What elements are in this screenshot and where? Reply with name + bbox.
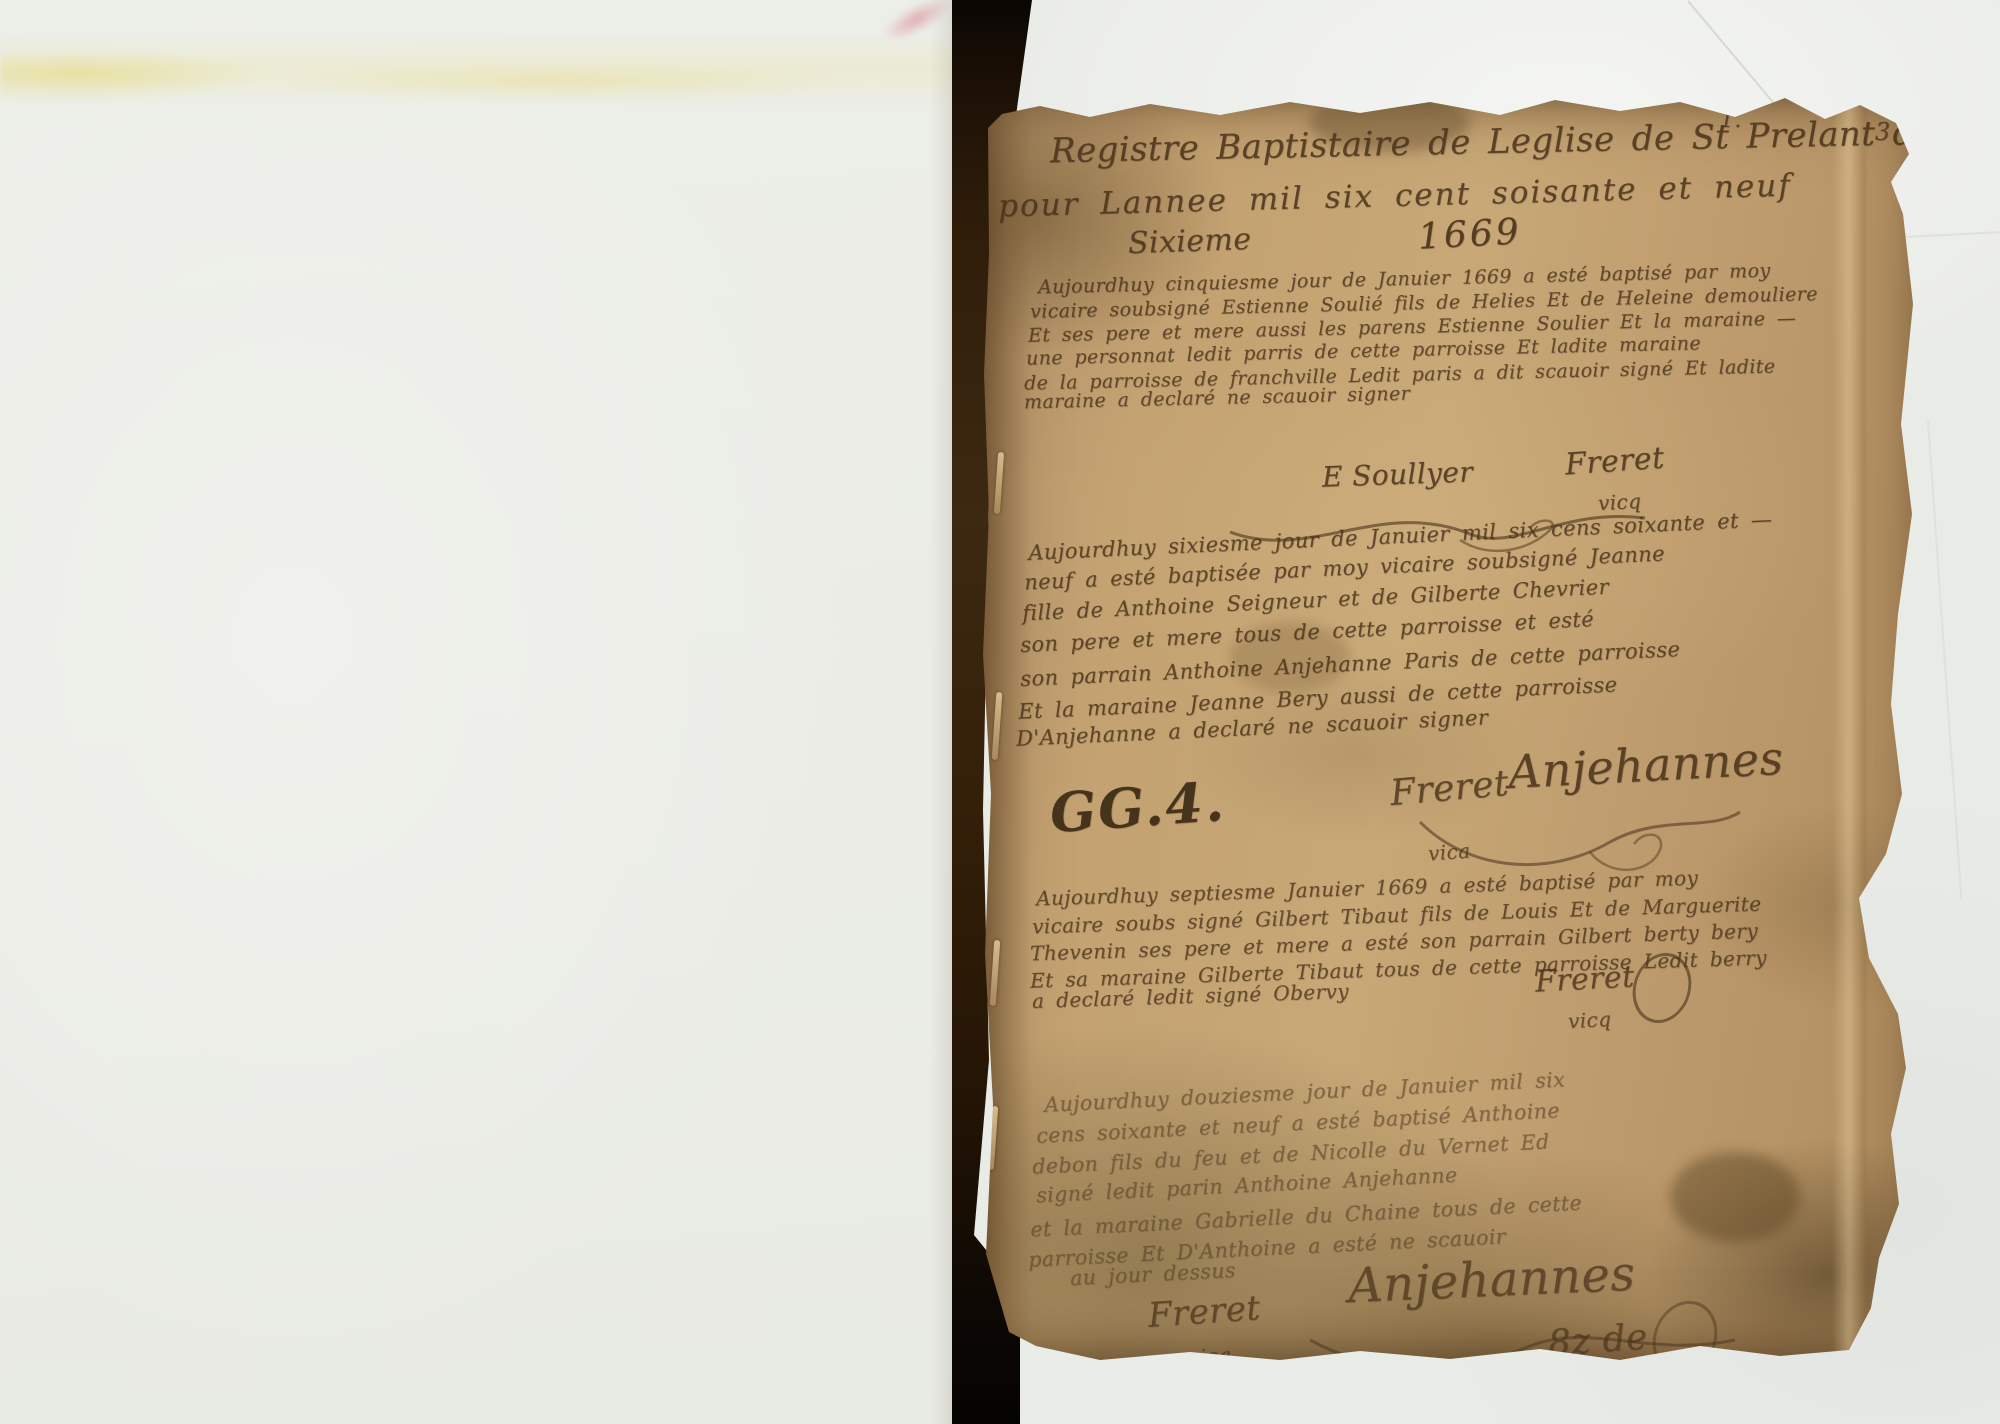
scanned-register-page: 1. 3 Registre Baptistaire de Leglise de … (0, 0, 2000, 1424)
fold-highlight (1832, 92, 1866, 1364)
signature: Freret (1147, 1288, 1262, 1336)
signature: E Soullyer (1321, 455, 1473, 493)
title-year-word: Sixieme (1127, 222, 1252, 261)
signature-title: vicq (1187, 1343, 1232, 1370)
parchment-page: 1. 3 Registre Baptistaire de Leglise de … (980, 92, 1920, 1364)
signature-flourish (1310, 1310, 1740, 1390)
yellow-discoloration (0, 36, 960, 106)
ink-stain (1670, 1152, 1800, 1242)
title-year: 1669 (1417, 211, 1523, 257)
signature-title: vicq (1567, 1007, 1612, 1033)
signature: Freret (1564, 441, 1666, 483)
archival-mark: GG.4. (1048, 769, 1228, 845)
signature: Freret (1534, 959, 1635, 999)
paper-crease (1927, 421, 1962, 900)
blank-left-page (0, 0, 975, 1424)
